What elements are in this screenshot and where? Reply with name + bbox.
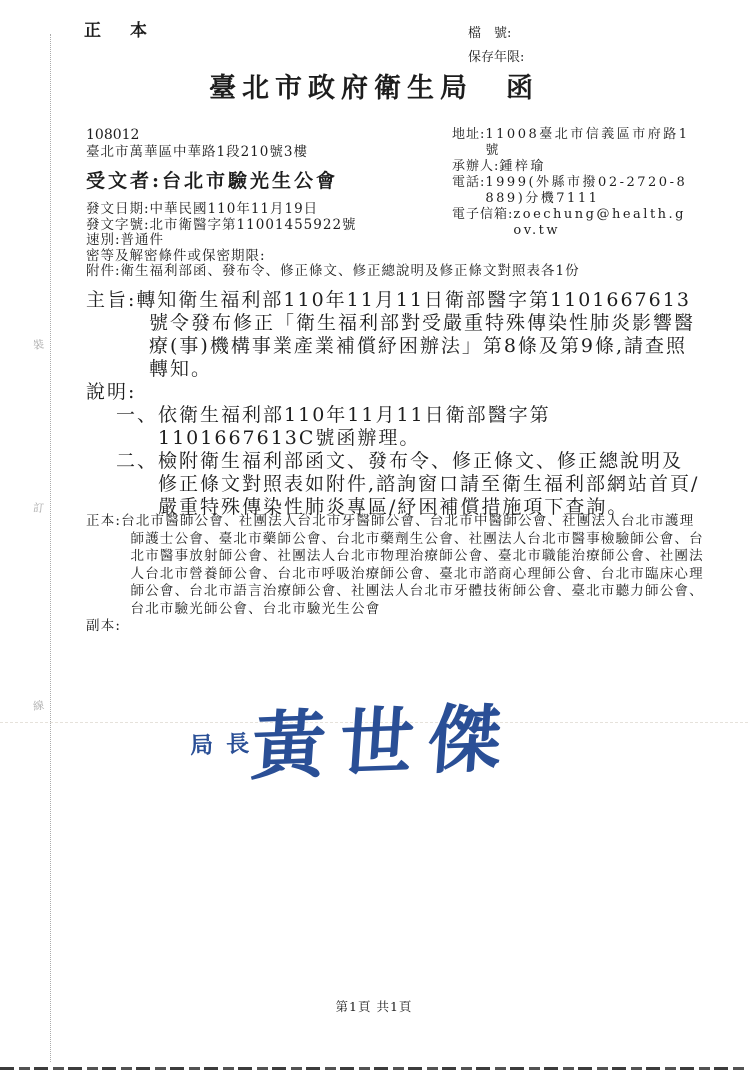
security-class-line: 密等及解密條件或保密期限: (86, 249, 726, 265)
secondary-copy-label: 副本: (86, 618, 708, 636)
recipient-line: 受文者:台北市驗光生公會 (86, 166, 338, 193)
binding-mark-ding: 訂 (32, 499, 49, 516)
sender-address-label: 地址: (452, 127, 485, 159)
subject-label: 主旨: (86, 289, 136, 311)
scan-edge-artifact (0, 1067, 748, 1070)
letter-body: 主旨:轉知衛生福利部110年11月11日衛部醫字第1101667613號令發布修… (86, 289, 702, 519)
file-number-label: 檔 號: (468, 22, 511, 41)
recipient-address: 臺北市萬華區中華路1段210號3樓 (86, 144, 338, 161)
attachment-line: 附件:衛生福利部函、發布令、修正條文、修正總說明及修正條文對照表各1份 (86, 264, 726, 280)
description-label: 說明: (86, 381, 702, 404)
contact-person-value: 鍾梓瑜 (499, 159, 546, 175)
binding-mark-zhuang: 裝 (32, 335, 50, 353)
recipient-zip: 108012 (86, 127, 338, 144)
distribution-block: 正本:台北市醫師公會、社團法人台北市牙醫師公會、台北市中醫師公會、社團法人台北市… (86, 513, 708, 636)
recipient-block: 108012 臺北市萬華區中華路1段210號3樓 受文者:台北市驗光生公會 (86, 127, 338, 193)
dispatch-meta-block: 發文日期:中華民國110年11月19日 發文字號:北市衛醫字第110014559… (86, 202, 726, 280)
primary-copy-paragraph: 正本:台北市醫師公會、社團法人台北市牙醫師公會、台北市中醫師公會、社團法人台北市… (86, 513, 708, 618)
binding-dotted-line (50, 34, 51, 1062)
primary-copy-label: 正本: (86, 513, 121, 529)
scanned-letter-page: 裝 訂 線 正 本 檔 號: 保存年限: 臺北市政府衛生局 函 108012 臺… (0, 0, 748, 1074)
item-1-text: 依衛生福利部110年11月11日衛部醫字第1101667613C號函辦理。 (158, 404, 551, 449)
retention-period-label: 保存年限: (468, 46, 524, 65)
item-1-number: 一、 (116, 404, 158, 426)
subject-paragraph: 主旨:轉知衛生福利部110年11月11日衛部醫字第1101667613號令發布修… (86, 289, 702, 381)
signature-name: 黃世傑 (248, 679, 519, 795)
contact-person-row: 承辦人: 鍾梓瑜 (452, 159, 690, 175)
dispatch-date-line: 發文日期:中華民國110年11月19日 (86, 202, 726, 218)
speed-class-line: 速別:普通件 (86, 233, 726, 249)
item-2-text: 檢附衛生福利部函文、發布令、修正條文、修正總說明及修正條文對照表如附件,諮詢窗口… (158, 450, 699, 518)
description-item-1: 一、依衛生福利部110年11月11日衛部醫字第1101667613C號函辦理。 (116, 404, 702, 450)
item-2-number: 二、 (116, 450, 158, 472)
description-item-2: 二、檢附衛生福利部函文、發布令、修正條文、修正總說明及修正條文對照表如附件,諮詢… (116, 450, 702, 519)
dispatch-number-line: 發文字號:北市衛醫字第11001455922號 (86, 218, 726, 234)
copy-type-label: 正 本 (84, 16, 153, 41)
contact-person-label: 承辦人: (452, 159, 499, 175)
page-number-footer: 第1頁 共1頁 (0, 997, 748, 1015)
subject-text: 轉知衛生福利部110年11月11日衛部醫字第1101667613號令發布修正「衛… (136, 289, 695, 380)
document-title: 臺北市政府衛生局 函 (0, 66, 748, 105)
sender-address-value: 11008臺北市信義區市府路1號 (485, 127, 690, 159)
primary-copy-list: 台北市醫師公會、社團法人台北市牙醫師公會、台北市中醫師公會、社團法人台北市護理師… (121, 513, 704, 617)
sender-address-row: 地址: 11008臺北市信義區市府路1號 (452, 127, 690, 159)
description-list: 一、依衛生福利部110年11月11日衛部醫字第1101667613C號函辦理。 … (116, 404, 702, 519)
binding-mark-xian: 線 (32, 696, 50, 714)
